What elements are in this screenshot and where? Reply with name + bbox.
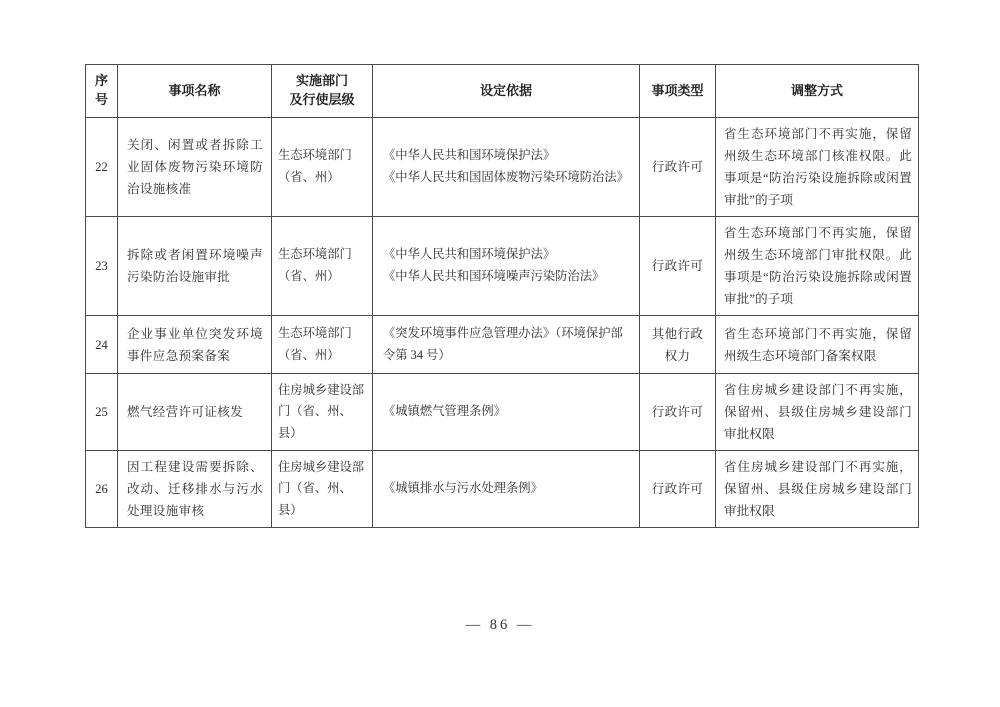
basis: 《城镇排水与污水处理条例》	[373, 451, 640, 528]
basis: 《突发环境事件应急管理办法》（环境保护部令第 34 号）	[373, 316, 640, 374]
header-department: 实施部门 及行使层级	[272, 65, 373, 118]
adjustment: 省生态环境部门不再实施，保留州级生态环境部门备案权限	[716, 316, 919, 374]
adjustment: 省生态环境部门不再实施，保留州级生态环境部门审批权限。此事项是“防治污染设施拆除…	[716, 217, 919, 316]
basis: 《中华人民共和国环境保护法》 《中华人民共和国固体废物污染环境防治法》	[373, 118, 640, 217]
item-type: 行政许可	[640, 217, 716, 316]
serial-number: 24	[86, 316, 118, 374]
table-row: 25 燃气经营许可证核发 住房城乡建设部 门（省、州、县） 《城镇燃气管理条例》…	[86, 374, 919, 451]
header-serial-number: 序 号	[86, 65, 118, 118]
department: 生态环境部门 （省、州）	[272, 118, 373, 217]
document-page: 序 号 事项名称 实施部门 及行使层级 设定依据 事项类型 调整方式 22 关闭…	[0, 0, 1000, 707]
serial-number: 26	[86, 451, 118, 528]
items-table: 序 号 事项名称 实施部门 及行使层级 设定依据 事项类型 调整方式 22 关闭…	[85, 64, 919, 528]
department: 住房城乡建设部 门（省、州、县）	[272, 374, 373, 451]
header-item-type: 事项类型	[640, 65, 716, 118]
table-header-row: 序 号 事项名称 实施部门 及行使层级 设定依据 事项类型 调整方式	[86, 65, 919, 118]
adjustment: 省生态环境部门不再实施，保留州级生态环境部门核准权限。此事项是“防治污染设施拆除…	[716, 118, 919, 217]
header-item-name: 事项名称	[118, 65, 272, 118]
department: 住房城乡建设部 门（省、州、县）	[272, 451, 373, 528]
item-name: 企业事业单位突发环境事件应急预案备案	[118, 316, 272, 374]
item-name: 因工程建设需要拆除、改动、迁移排水与污水处理设施审核	[118, 451, 272, 528]
item-type: 行政许可	[640, 374, 716, 451]
adjustment: 省住房城乡建设部门不再实施，保留州、县级住房城乡建设部门审批权限	[716, 451, 919, 528]
header-adjustment: 调整方式	[716, 65, 919, 118]
serial-number: 23	[86, 217, 118, 316]
item-name: 拆除或者闲置环境噪声污染防治设施审批	[118, 217, 272, 316]
department: 生态环境部门 （省、州）	[272, 316, 373, 374]
item-name: 燃气经营许可证核发	[118, 374, 272, 451]
page-number: — 86 —	[0, 617, 1000, 634]
serial-number: 25	[86, 374, 118, 451]
department: 生态环境部门 （省、州）	[272, 217, 373, 316]
serial-number: 22	[86, 118, 118, 217]
adjustment: 省住房城乡建设部门不再实施，保留州、县级住房城乡建设部门审批权限	[716, 374, 919, 451]
item-type: 行政许可	[640, 451, 716, 528]
basis: 《中华人民共和国环境保护法》 《中华人民共和国环境噪声污染防治法》	[373, 217, 640, 316]
table-row: 23 拆除或者闲置环境噪声污染防治设施审批 生态环境部门 （省、州） 《中华人民…	[86, 217, 919, 316]
basis: 《城镇燃气管理条例》	[373, 374, 640, 451]
table-row: 24 企业事业单位突发环境事件应急预案备案 生态环境部门 （省、州） 《突发环境…	[86, 316, 919, 374]
header-basis: 设定依据	[373, 65, 640, 118]
item-type: 其他行政权力	[640, 316, 716, 374]
table-row: 22 关闭、闲置或者拆除工业固体废物污染环境防治设施核准 生态环境部门 （省、州…	[86, 118, 919, 217]
item-name: 关闭、闲置或者拆除工业固体废物污染环境防治设施核准	[118, 118, 272, 217]
table-row: 26 因工程建设需要拆除、改动、迁移排水与污水处理设施审核 住房城乡建设部 门（…	[86, 451, 919, 528]
item-type: 行政许可	[640, 118, 716, 217]
